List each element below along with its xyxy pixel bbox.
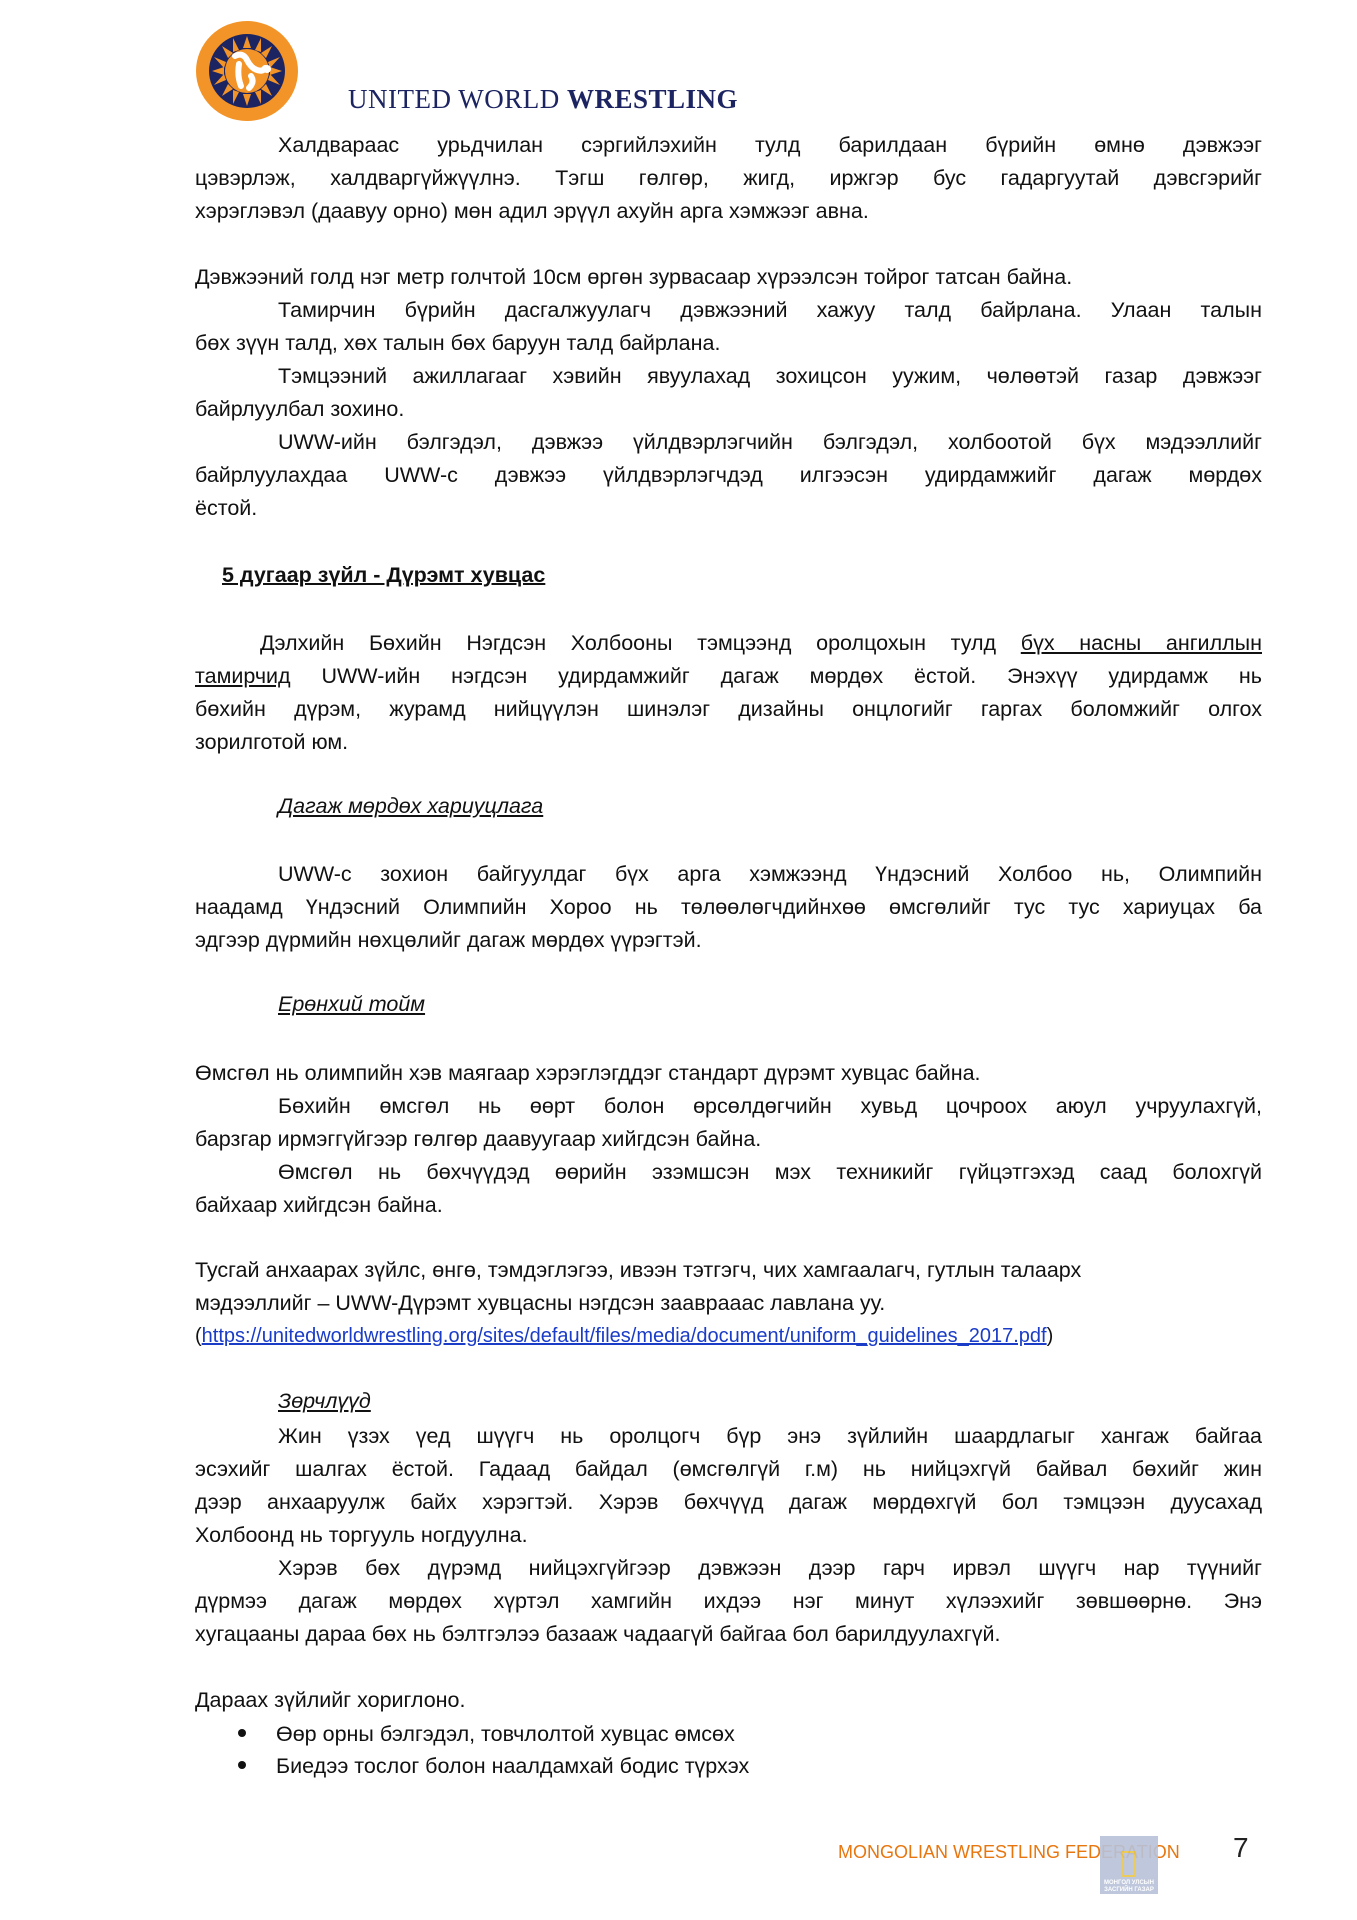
intro-p1-line1: Халдвараас урьдчилан сэргийлэхийн тулд б… [278, 131, 1262, 159]
violations-line3: дээр анхааруулж байх хэрэгтэй. Хэрэв бөх… [195, 1488, 1262, 1516]
violations-line6: дүрмээ дагаж мөрдөх хүртэл хамгийн ихдээ… [195, 1587, 1262, 1615]
section-intro-line1: Дэлхийн Бөхийн Нэгдсэн Холбооны тэмцээнд… [260, 629, 1262, 657]
violations-line2: эсэхийг шалгах ёстой. Гадаад байдал (өмс… [195, 1455, 1262, 1483]
intro-p2: Дэвжээний голд нэг метр голчтой 10см өрг… [195, 263, 1262, 291]
brand-title: UNITED WORLD WRESTLING [348, 84, 738, 115]
intro-p3-line1: Тамирчин бүрийн дасгалжуулагч дэвжээний … [278, 296, 1262, 324]
violations-line7: хугацааны дараа бөх нь бэлтгэлээ базааж … [195, 1620, 1262, 1648]
violations-line1: Жин үзэх үед шүүгч нь оролцогч бүр энэ з… [278, 1422, 1262, 1450]
intro-p5-line3: ёстой. [195, 494, 1262, 522]
government-stamp: МОНГОЛ УЛСЫН ЗАСГИЙН ГАЗАР [1100, 1836, 1158, 1894]
intro-p4-line1: Тэмцээний ажиллагааг хэвийн явуулахад зо… [278, 362, 1262, 390]
intro-p5-line2: байрлуулахдаа UWW-с дэвжээ үйлдвэрлэгчдэ… [195, 461, 1262, 489]
bullet-icon [238, 1761, 246, 1769]
prohibited-item: Өөр орны бэлгэдэл, товчлолтой хувцас өмс… [238, 1722, 735, 1747]
intro-p4-line2: байрлуулбал зохино. [195, 395, 1262, 423]
intro-p1-line3: хэрэглэвэл (даавуу орно) мөн адил эрүүл … [195, 197, 1262, 225]
subheading-overview: Ерөнхий тойм [278, 992, 425, 1017]
section-intro-line2: тамирчид UWW-ийн нэгдсэн удирдамжийг даг… [195, 662, 1262, 690]
overview-line4: Өмсгөл нь бөхчүүдэд өөрийн эзэмшсэн мэх … [278, 1158, 1262, 1186]
section-intro-line3: бөхийн дүрэм, журамд нийцүүлэн шинэлэг д… [195, 695, 1262, 723]
overview-line5: байхаар хийгдсэн байна. [195, 1191, 1262, 1219]
overview-line1: Өмсгөл нь олимпийн хэв маягаар хэрэглэгд… [195, 1059, 1262, 1087]
uniform-guidelines-link[interactable]: https://unitedworldwrestling.org/sites/d… [202, 1325, 1047, 1347]
responsibility-line1: UWW-с зохион байгуулдаг бүх арга хэмжээн… [278, 860, 1262, 888]
prohibited-intro: Дараах зүйлийг хориглоно. [195, 1686, 1262, 1714]
section-heading: 5 дугаар зүйл - Дүрэмт хувцас [222, 563, 545, 588]
special-line2: мэдээллийг – UWW-Дүрэмт хувцасны нэгдсэн… [195, 1289, 1262, 1317]
bullet-icon [238, 1729, 246, 1737]
intro-p1-line2: цэвэрлэж, халдваргүйжүүлнэ. Тэгш гөлгөр,… [195, 164, 1262, 192]
section-intro-line4: зорилготой юм. [195, 728, 1262, 756]
uww-logo-icon [195, 20, 299, 122]
intro-p3-line2: бөх зүүн талд, хөх талын бөх баруун талд… [195, 329, 1262, 357]
uniform-guidelines-link-line: (https://unitedworldwrestling.org/sites/… [195, 1322, 1262, 1350]
special-line1: Тусгай анхаарах зүйлс, өнгө, тэмдэглэгээ… [195, 1256, 1262, 1284]
prohibited-item: Биедээ тослог болон наалдамхай бодис түр… [238, 1754, 749, 1779]
overview-line3: барзгар ирмэггүйгээр гөлгөр даавуугаар х… [195, 1125, 1262, 1153]
page-number: 7 [1233, 1832, 1249, 1864]
overview-line2: Бөхийн өмсгөл нь өөрт болон өрсөлдөгчийн… [278, 1092, 1262, 1120]
subheading-responsibility: Дагаж мөрдөх хариуцлага [278, 794, 543, 819]
violations-line4: Холбоонд нь торгууль ногдуулна. [195, 1521, 1262, 1549]
soyombo-emblem-icon [1122, 1851, 1136, 1877]
subheading-violations: Зөрчлүүд [278, 1389, 371, 1414]
intro-p5-line1: UWW-ийн бэлгэдэл, дэвжээ үйлдвэрлэгчийн … [278, 428, 1262, 456]
responsibility-line3: эдгээр дүрмийн нөхцөлийг дагаж мөрдөх үү… [195, 926, 1262, 954]
responsibility-line2: наадамд Үндэсний Олимпийн Хороо нь төлөө… [195, 893, 1262, 921]
violations-line5: Хэрэв бөх дүрэмд нийцэхгүйгээр дэвжээн д… [278, 1554, 1262, 1582]
